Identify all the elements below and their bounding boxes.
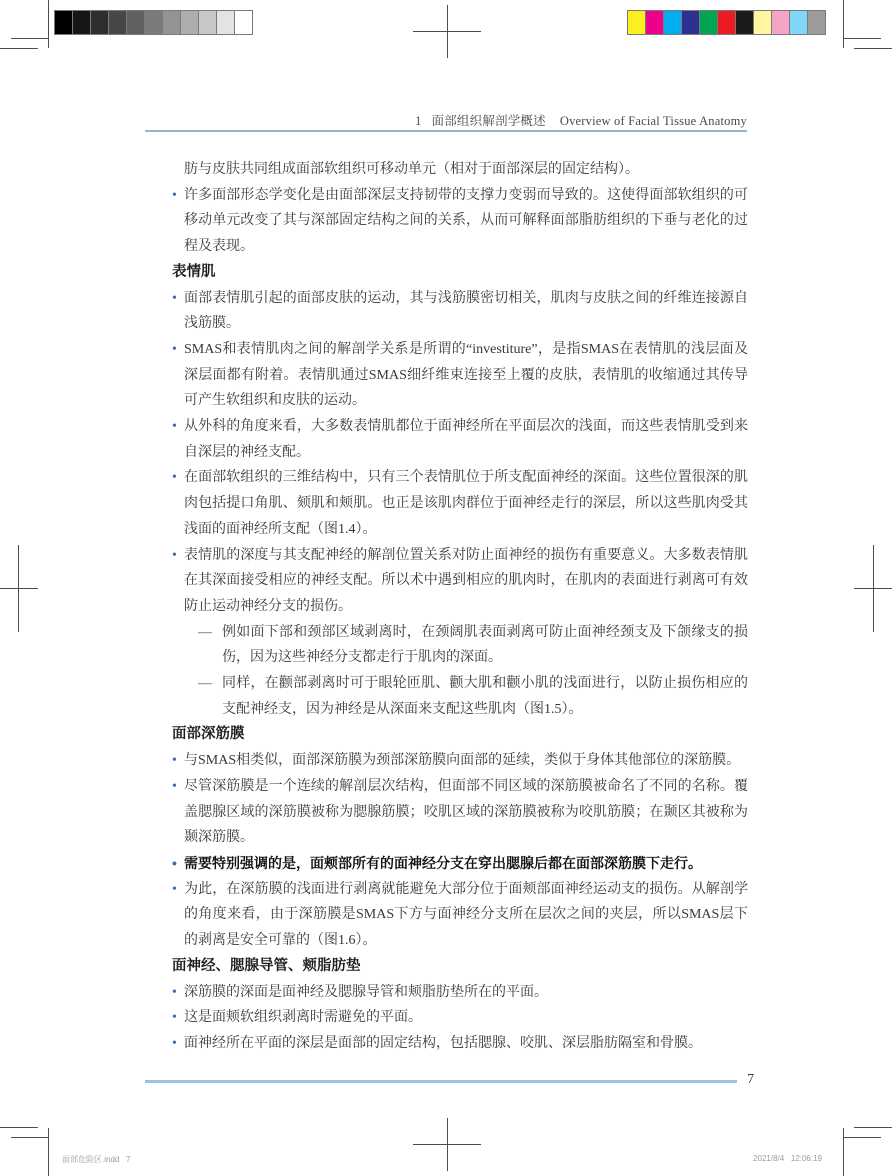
paragraph: 为此，在深筋膜的浅面进行剥离就能避免大部分位于面颊部面神经运动支的损伤。从解剖学… [170, 877, 748, 954]
color-bar [628, 10, 826, 35]
calibration-swatch [645, 10, 664, 35]
running-head: 1面部组织解剖学概述Overview of Facial Tissue Anat… [145, 111, 747, 129]
paragraph: 在面部软组织的三维结构中，只有三个表情肌位于所支配面神经的深面。这些位置很深的肌… [170, 465, 748, 542]
calibration-swatch [216, 10, 235, 35]
calibration-swatch [699, 10, 718, 35]
chapter-title-en: Overview of Facial Tissue Anatomy [560, 114, 747, 128]
calibration-swatch [144, 10, 163, 35]
calibration-swatch [681, 10, 700, 35]
paragraph: SMAS和表情肌肉之间的解剖学关系是所谓的“investiture”，是指SMA… [170, 337, 748, 414]
calibration-swatch [162, 10, 181, 35]
paragraph: 深筋膜的深面是面神经及腮腺导管和颊脂肪垫所在的平面。 [170, 980, 748, 1006]
chapter-title-zh: 面部组织解剖学概述 [432, 114, 546, 128]
slug-line: 面部危险区.indd 7 2021/8/4 12:06:19 [62, 1154, 822, 1165]
section-heading: 面神经、腮腺导管、颊脂肪垫 [170, 954, 748, 980]
paragraph: 面部表情肌引起的面部皮肤的运动，其与浅筋膜密切相关，肌肉与皮肤之间的纤维连接源自… [170, 286, 748, 337]
calibration-swatch [627, 10, 646, 35]
paragraph: 需要特别强调的是，面颊部所有的面神经分支在穿出腮腺后都在面部深筋膜下走行。 [170, 851, 748, 877]
paragraph: 例如面下部和颈部区域剥离时，在颈阔肌表面剥离可防止面神经颈支及下颌缘支的损伤，因… [170, 620, 748, 671]
footer-rule [145, 1080, 737, 1083]
calibration-swatch [90, 10, 109, 35]
calibration-swatch [72, 10, 91, 35]
calibration-swatch [789, 10, 808, 35]
calibration-swatch [180, 10, 199, 35]
calibration-swatch [735, 10, 754, 35]
paragraph: 同样，在颧部剥离时可于眼轮匝肌、颧大肌和颧小肌的浅面进行，以防止损伤相应的支配神… [170, 671, 748, 722]
chapter-number: 1 [415, 114, 421, 128]
section-heading: 面部深筋膜 [170, 722, 748, 748]
paragraph: 与SMAS相类似，面部深筋膜为颈部深筋膜向面部的延续，类似于身体其他部位的深筋膜… [170, 748, 748, 774]
paragraph: 这是面颊软组织剥离时需避免的平面。 [170, 1005, 748, 1031]
calibration-swatch [108, 10, 127, 35]
page-number: 7 [747, 1071, 754, 1087]
calibration-swatch [126, 10, 145, 35]
paragraph: 肪与皮肤共同组成面部软组织可移动单元（相对于面部深层的固定结构）。 [170, 157, 748, 183]
header-rule [145, 130, 747, 132]
section-heading: 表情肌 [170, 260, 748, 286]
calibration-swatch [807, 10, 826, 35]
paragraph: 从外科的角度来看，大多数表情肌都位于面神经所在平面层次的浅面，而这些表情肌受到来… [170, 414, 748, 465]
grayscale-bar [55, 10, 253, 35]
calibration-swatch [54, 10, 73, 35]
paragraph: 尽管深筋膜是一个连续的解剖层次结构，但面部不同区域的深筋膜被命名了不同的名称。覆… [170, 774, 748, 851]
paragraph: 许多面部形态学变化是由面部深层支持韧带的支撑力变弱而导致的。这使得面部软组织的可… [170, 183, 748, 260]
calibration-swatch [198, 10, 217, 35]
calibration-swatch [663, 10, 682, 35]
slug-file-label: 面部危险区.indd 7 [62, 1154, 130, 1165]
paragraph: 面神经所在平面的深层是面部的固定结构，包括腮腺、咬肌、深层脂肪隔室和骨膜。 [170, 1031, 748, 1057]
content-blocks: 肪与皮肤共同组成面部软组织可移动单元（相对于面部深层的固定结构）。许多面部形态学… [170, 157, 748, 1057]
calibration-swatch [717, 10, 736, 35]
calibration-swatch [753, 10, 772, 35]
book-proof-page: { "header": { "chapter_no": "1", "title_… [0, 0, 892, 1176]
paragraph: 表情肌的深度与其支配神经的解剖位置关系对防止面神经的损伤有重要意义。大多数表情肌… [170, 543, 748, 620]
calibration-swatch [771, 10, 790, 35]
calibration-swatch [234, 10, 253, 35]
slug-timestamp: 2021/8/4 12:06:19 [753, 1154, 822, 1165]
